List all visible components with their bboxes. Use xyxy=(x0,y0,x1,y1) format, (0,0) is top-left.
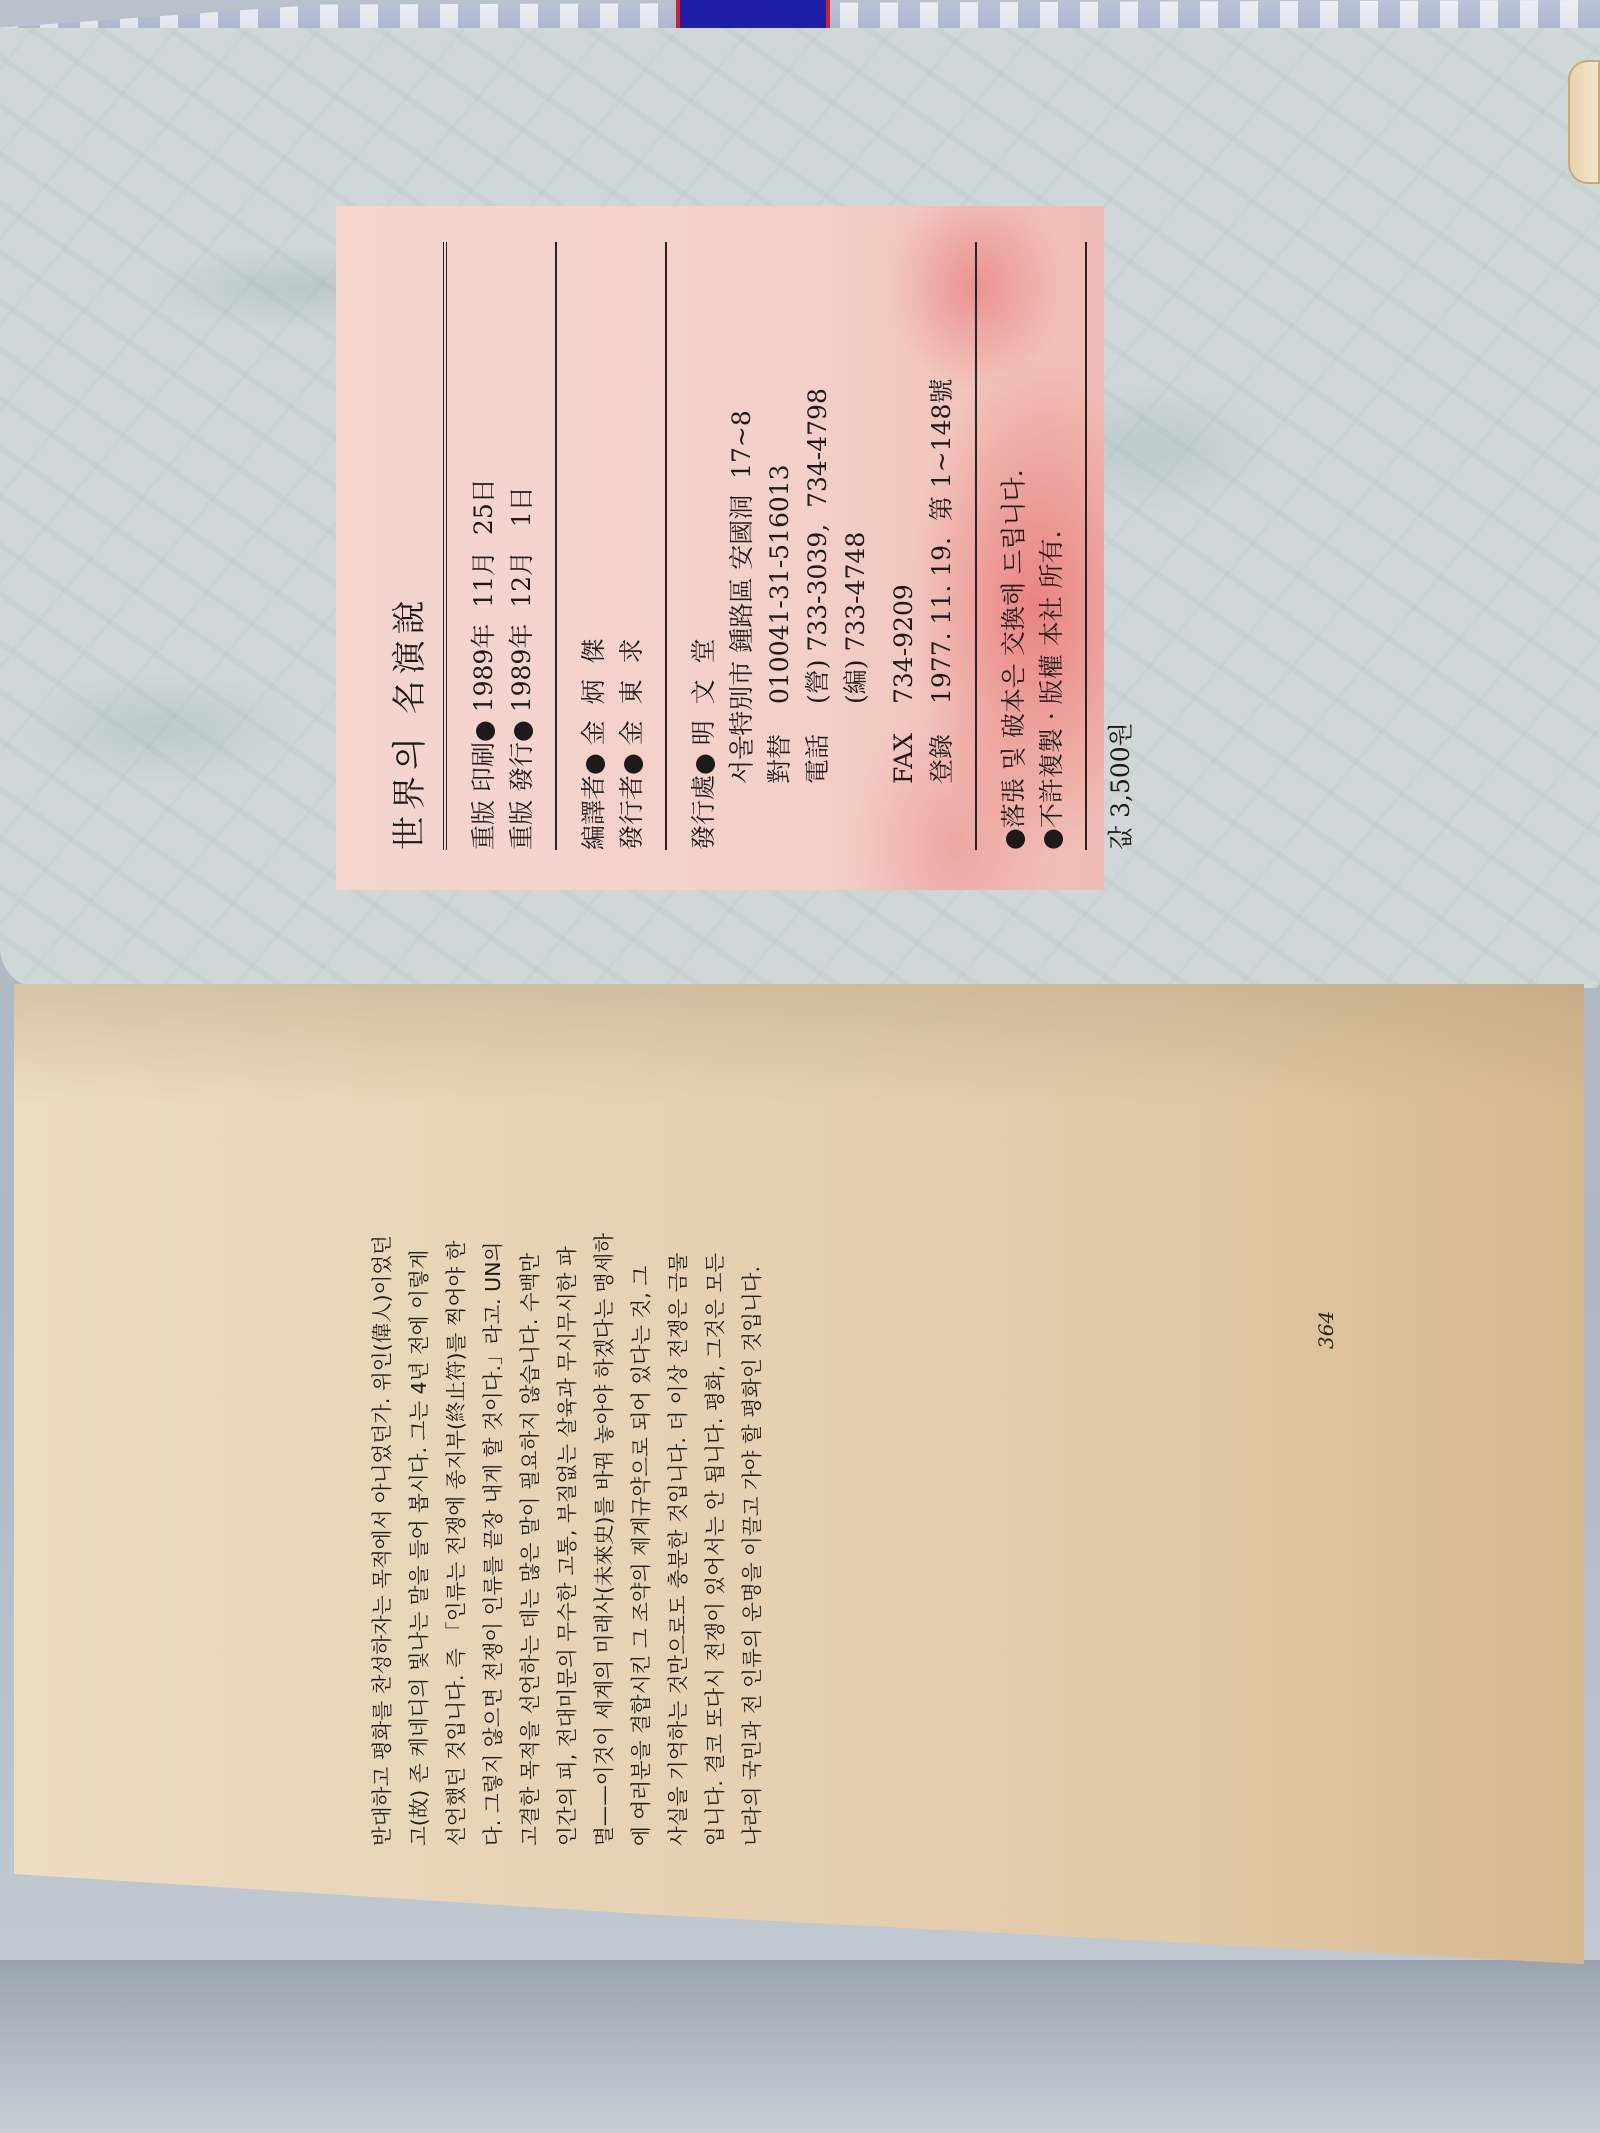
text-line: 멸——이것이 세계의 미래사(未來史)를 바꿔 놓아야 하겠다는 맹세하 xyxy=(586,1136,623,1846)
publisher-block: 發行處● 明 文 堂 서울特別市 鍾路區 安國洞 17~8 對替010041-3… xyxy=(681,242,977,850)
book-title: 世界의 名演說 xyxy=(382,242,431,850)
table-surface xyxy=(0,1960,1600,2133)
registration-row: 登錄1977. 11. 19. 第 1~148號 xyxy=(923,242,961,850)
account-number: 010041-31-516013 xyxy=(765,464,794,704)
fax-label: FAX xyxy=(885,704,923,784)
book-spine-stripe xyxy=(676,0,830,28)
fax-number: 734-9209 xyxy=(889,584,918,704)
text-line: 입니다. 결코 또다시 전쟁이 있어서는 안 됩니다. 평화, 그것은 모든 xyxy=(697,1136,734,1846)
publish-date: 重版 發行● 1989年 12月 1日 xyxy=(503,242,541,850)
account-label: 對替 xyxy=(761,704,799,784)
text-line: 인간의 피, 전대미문의 무수한 고통, 부질없는 살육과 무시무시한 파 xyxy=(549,1136,586,1846)
text-line: 사실을 기억하는 것만으로도 충분한 것입니다. 더 이상 전쟁은 금물 xyxy=(660,1136,697,1846)
page-number: 364 xyxy=(1314,1311,1338,1349)
colophon-content: 世界의 名演說 重版 印刷● 1989年 11月 25日 重版 發行● 1989… xyxy=(336,206,1104,890)
text-line: 반대하고 평화를 찬성하자는 목적에서 아니었던가. 위인(偉人)이었던 xyxy=(364,1136,401,1846)
notice-copyright: ●不許複製 · 版權 本社 所有. xyxy=(1033,242,1071,850)
text-line: 에 여러분을 결합시킨 그 조약의 제계규약으로 되어 있다는 것, 그 xyxy=(623,1136,660,1846)
print-date: 重版 印刷● 1989年 11月 25日 xyxy=(465,242,503,850)
phone-row: 電話(營) 733-3039, 734-4798 xyxy=(799,242,837,850)
registration-label: 登錄 xyxy=(923,704,961,784)
text-line: 나라의 국민과 전 인류의 운명을 이끌고 가야 할 평화인 것입니다. xyxy=(734,1136,771,1846)
text-page-content: 반대하고 평화를 찬성하자는 목적에서 아니었던가. 위인(偉人)이었던 고(故… xyxy=(14,984,1584,1984)
publisher-person: 發行者● 金 東 求 xyxy=(613,242,651,850)
people-block: 編譯者● 金 炳 傑 發行者● 金 東 求 xyxy=(571,242,667,850)
phone-sales: (營) 733-3039, 734-4798 xyxy=(803,388,832,704)
notice-block: ●落張 및 破本은 交換해 드립니다. ●不許複製 · 版權 本社 所有. xyxy=(991,242,1087,850)
phone-editorial-row: (編) 733-4748 xyxy=(837,242,875,850)
body-text: 반대하고 평화를 찬성하자는 목적에서 아니었던가. 위인(偉人)이었던 고(故… xyxy=(364,1136,771,1846)
notice-exchange: ●落張 및 破本은 交換해 드립니다. xyxy=(995,242,1033,850)
tabletop-object xyxy=(1568,60,1600,184)
text-line: 고(故) 존 케네디의 빛나는 말을 들어 봅시다. 그는 4년 전에 이렇게 xyxy=(401,1136,438,1846)
text-line: 다. 그렇지 않으면 전쟁이 인류를 끝장 내게 할 것이다.」라고. UN의 xyxy=(475,1136,512,1846)
fax-row: FAX734-9209 xyxy=(885,242,923,850)
address: 서울特別市 鍾路區 安國洞 17~8 xyxy=(723,242,761,850)
price: 값 3,500원 xyxy=(1101,242,1137,850)
title-rule xyxy=(443,242,447,850)
phone-editorial: (編) 733-4748 xyxy=(841,532,870,704)
colophon-label: 世界의 名演說 重版 印刷● 1989年 11月 25日 重版 發行● 1989… xyxy=(336,206,1104,890)
text-page: 반대하고 평화를 찬성하자는 목적에서 아니었던가. 위인(偉人)이었던 고(故… xyxy=(14,984,1584,1984)
phone-label: 電話 xyxy=(799,704,837,784)
text-line: 선언했던 것입니다. 즉 「인류는 전쟁에 종지부(終止符)를 찍어야 한 xyxy=(438,1136,475,1846)
account-row: 對替010041-31-516013 xyxy=(761,242,799,850)
translator: 編譯者● 金 炳 傑 xyxy=(575,242,613,850)
date-block: 重版 印刷● 1989年 11月 25日 重版 發行● 1989年 12月 1日 xyxy=(461,242,557,850)
registration-number: 1977. 11. 19. 第 1~148號 xyxy=(927,379,956,704)
text-line: 고결한 목적을 선언하는 데는 많은 말이 필요하지 않습니다. 수백만 xyxy=(512,1136,549,1846)
publishing-house: 發行處● 明 文 堂 xyxy=(685,242,723,850)
